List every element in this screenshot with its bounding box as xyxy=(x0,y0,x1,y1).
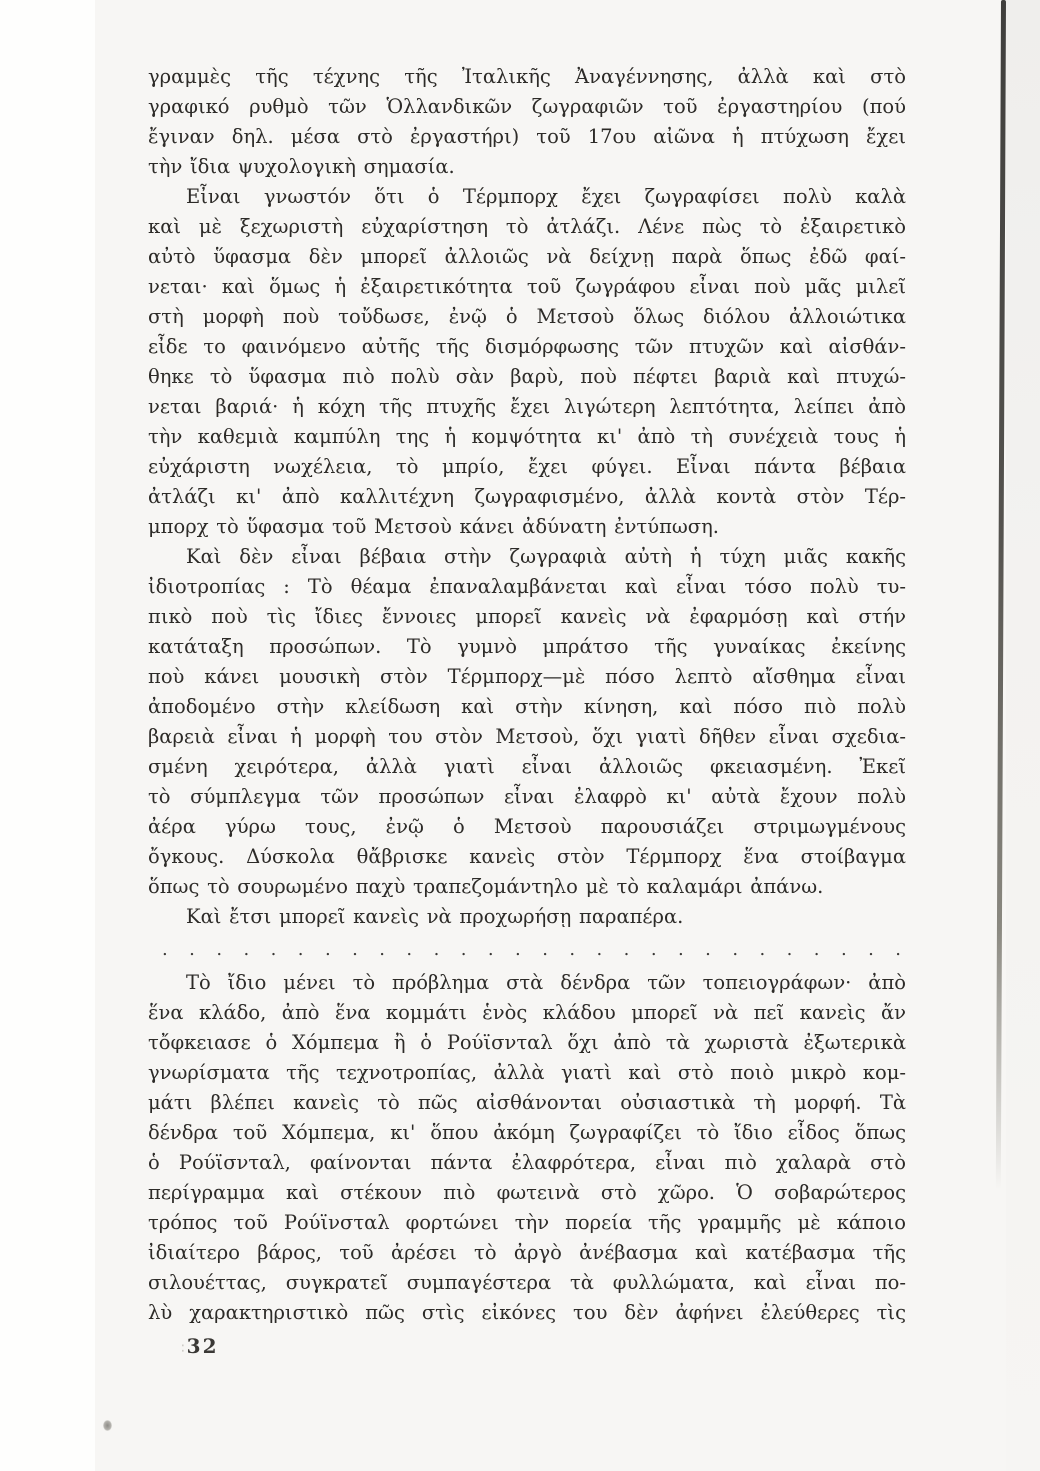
text-line: ὄγκους. Δύσκολα θἄβρισκε κανεὶς στὸν Τέρ… xyxy=(148,842,906,872)
scan-speck xyxy=(103,1420,112,1431)
text-line: ἀέρα γύρω τους, ἐνῷ ὁ Μετσοὺ παρουσιάζει… xyxy=(148,812,906,842)
scan-artifact-mark: ∶ xyxy=(181,1341,185,1357)
text-line: μπορχ τὸ ὕφασμα τοῦ Μετσοὺ κάνει ἀδύνατη… xyxy=(148,512,906,542)
text-line: στὴ μορφὴ ποὺ τοὔδωσε, ἐνῷ ὁ Μετσοὺ ὅλως… xyxy=(148,302,906,332)
page-number: ∶32 xyxy=(181,1334,219,1358)
paragraph: Εἶναι γνωστόν ὅτι ὁ Τέρμπορχ ἔχει ζωγραφ… xyxy=(148,182,906,542)
text-line: ποὺ κάνει μουσικὴ στὸν Τέρμπορχ—μὲ πόσο … xyxy=(148,662,906,692)
paragraph: Τὸ ἴδιο μένει τὸ πρόβλημα στὰ δένδρα τῶν… xyxy=(148,968,906,1328)
text-line: γραφικό ρυθμὸ τῶν Ὁλλανδικῶν ζωγραφιῶν τ… xyxy=(148,92,906,122)
text-line: Εἶναι γνωστόν ὅτι ὁ Τέρμπορχ ἔχει ζωγραφ… xyxy=(148,182,906,212)
text-line: Τὸ ἴδιο μένει τὸ πρόβλημα στὰ δένδρα τῶν… xyxy=(148,968,906,998)
paragraph: Καὶ ἔτσι μπορεῖ κανεὶς νὰ προχωρήσῃ παρα… xyxy=(148,902,906,932)
text-line: θηκε τὸ ὕφασμα πιὸ πολὺ σὰν βαρὺ, ποὺ πέ… xyxy=(148,362,906,392)
text-line: τρόπος τοῦ Ρούϊνσταλ φορτώνει τὴν πορεία… xyxy=(148,1208,906,1238)
text-line: περίγραμμα καὶ στέκουν πιὸ φωτεινὰ στὸ χ… xyxy=(148,1178,906,1208)
page-number-value: 32 xyxy=(187,1334,219,1358)
text-line: βαρειὰ εἶναι ἡ μορφὴ του στὸν Μετσοὺ, ὅχ… xyxy=(148,722,906,752)
text-line: καὶ μὲ ξεχωριστὴ εὐχαρίστηση τὸ ἀτλάζι. … xyxy=(148,212,906,242)
text-line: ἰδιοτροπίας : Τὸ θέαμα ἐπαναλαμβάνεται κ… xyxy=(148,572,906,602)
text-line: ἀτλάζι κι' ἀπὸ καλλιτέχνη ζωγραφισμένο, … xyxy=(148,482,906,512)
scanner-left-margin xyxy=(0,0,95,1471)
paragraph: γραμμὲς τῆς τέχνης τῆς Ἰταλικῆς Ἀναγέννη… xyxy=(148,62,906,182)
text-line: νεται· καὶ ὅμως ἡ ἐξαιρετικότητα τοῦ ζωγ… xyxy=(148,272,906,302)
text-line: σμένη χειρότερα, ἀλλὰ γιατὶ εἶναι ἀλλοιῶ… xyxy=(148,752,906,782)
text-line: Καὶ δὲν εἶναι βέβαια στὴν ζωγραφιὰ αὐτὴ … xyxy=(148,542,906,572)
text-line: γνωρίσματα τῆς τεχνοτροπίας, ἀλλὰ γιατὶ … xyxy=(148,1058,906,1088)
body-text: γραμμὲς τῆς τέχνης τῆς Ἰταλικῆς Ἀναγέννη… xyxy=(148,62,906,1328)
text-line: ἕνα κλάδο, ἀπὸ ἕνα κομμάτι ἑνὸς κλάδου μ… xyxy=(148,998,906,1028)
text-line: μάτι βλέπει κανεὶς τὸ πῶς αἰσθάνονται οὐ… xyxy=(148,1088,906,1118)
text-line: γραμμὲς τῆς τέχνης τῆς Ἰταλικῆς Ἀναγέννη… xyxy=(148,62,906,92)
text-line: Καὶ ἔτσι μπορεῖ κανεὶς νὰ προχωρήσῃ παρα… xyxy=(148,902,906,932)
text-line: τὸ σύμπλεγμα τῶν προσώπων εἶναι ἐλαφρὸ κ… xyxy=(148,782,906,812)
text-line: λὺ χαρακτηριστικὸ πῶς στὶς εἰκόνες του δ… xyxy=(148,1298,906,1328)
text-line: εὐχάριστη νωχέλεια, τὸ μπρίο, ἔχει φύγει… xyxy=(148,452,906,482)
text-line: κατάταξη προσώπων. Τὸ γυμνὸ μπράτσο τῆς … xyxy=(148,632,906,662)
text-line: ἰδιαίτερο βάρος, τοῦ ἀρέσει τὸ ἀργὸ ἀνέβ… xyxy=(148,1238,906,1268)
text-line: πικὸ ποὺ τὶς ἴδιες ἔννοιες μπορεῖ κανεὶς… xyxy=(148,602,906,632)
text-line: σιλουέττας, συγκρατεῖ συμπαγέστερα τὰ φυ… xyxy=(148,1268,906,1298)
text-line: ὅπως τὸ σουρωμένο παχὺ τραπεζομάντηλο μὲ… xyxy=(148,872,906,902)
text-line: νεται βαριά· ἡ κόχη τῆς πτυχῆς ἔχει λιγώ… xyxy=(148,392,906,422)
page-edge-shade xyxy=(1006,0,1040,1471)
text-line: εἶδε το φαινόμενο αὐτῆς τῆς δισμόρφωσης … xyxy=(148,332,906,362)
paragraph: Καὶ δὲν εἶναι βέβαια στὴν ζωγραφιὰ αὐτὴ … xyxy=(148,542,906,902)
text-line: ὁ Ρούϊσνταλ, φαίνονται πάντα ἐλαφρότερα,… xyxy=(148,1148,906,1178)
text-line: τὴν ἴδια ψυχολογικὴ σημασία. xyxy=(148,152,906,182)
text-line: δένδρα τοῦ Χόμπεμα, κι' ὅπου ἀκόμη ζωγρα… xyxy=(148,1118,906,1148)
text-line: αὐτὸ ὕφασμα δὲν μπορεῖ ἀλλοιῶς νὰ δείχνῃ… xyxy=(148,242,906,272)
text-line: ἔγιναν δηλ. μέσα στὸ ἐργαστήρι) τοῦ 17ου… xyxy=(148,122,906,152)
text-line: ἀποδομένο στὴν κλείδωση καὶ στὴν κίνηση,… xyxy=(148,692,906,722)
text-line: τὴν καθεμιὰ καμπύλη της ἡ κομψότητα κι' … xyxy=(148,422,906,452)
section-break-dots: . . . . . . . . . . . . . . . . . . . . … xyxy=(148,932,906,968)
text-line: τὄφκειασε ὁ Χόμπεμα ἢ ὁ Ρούϊσνταλ ὅχι ἀπ… xyxy=(148,1028,906,1058)
